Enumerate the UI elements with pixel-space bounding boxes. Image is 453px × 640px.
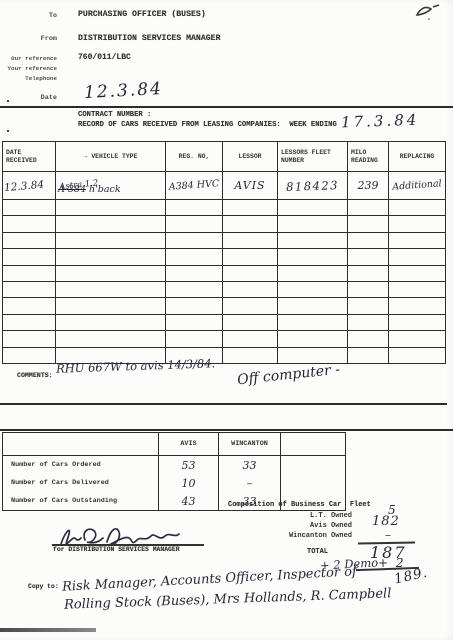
delivered-wincanton-hand: –: [247, 477, 253, 490]
pen-mark-icon: [415, 3, 447, 23]
our-reference-value: 760/011/LBC: [78, 53, 131, 62]
cell-vehicle-type: Astra 1.2 A 384 h'back: [56, 172, 166, 200]
margin-dot: [7, 100, 9, 102]
table-empty-row: [3, 200, 446, 216]
outstanding-avis-hand: 43: [182, 495, 196, 508]
replacing-hand: Additional: [389, 178, 446, 193]
cars-received-table: DATE RECEIVED → VEHICLE TYPE REG. NO, LE…: [2, 141, 446, 364]
label-ordered: Number of Cars Ordered: [3, 456, 159, 475]
table-empty-row: [3, 298, 446, 314]
col-lessor: LESSOR: [223, 142, 278, 172]
col-vehicle-type: → VEHICLE TYPE: [56, 142, 166, 172]
lessor-hand: AVIS: [223, 179, 277, 192]
header-divider: [0, 106, 453, 108]
date-handwritten: 12.3.84: [84, 79, 164, 103]
contract-number-line: CONTRACT NUMBER :: [78, 111, 151, 119]
margin-dot: [7, 130, 9, 132]
fleet-title: Composition of Business Car Fleet: [228, 501, 371, 509]
table-empty-row: [3, 314, 446, 330]
wincanton-owned-value-hand: –: [385, 528, 391, 542]
cell-reg-no: A384 HVC: [166, 172, 223, 200]
main-table-body-empty: [3, 200, 446, 364]
summary-blank-header: [3, 433, 159, 456]
cell-lessors-fleet-number: 818423: [278, 172, 348, 200]
to-value: PURCHASING OFFICER (BUSES): [78, 10, 206, 19]
col-replacing: REPLACING: [389, 142, 446, 172]
comments-annotation-handwritten: Off computer -: [236, 362, 340, 389]
cell-replacing: Additional: [389, 172, 446, 200]
date-received-hand: 12.3.84: [3, 177, 56, 193]
cell-date-received: 12.3.84: [3, 172, 56, 200]
ordered-wincanton-hand: 33: [243, 459, 257, 472]
delivered-avis-hand: 10: [182, 477, 196, 490]
table-data-row: 12.3.84 Astra 1.2 A 384 h'back A384 HVC …: [3, 172, 446, 200]
label-outstanding: Number of Cars Outstanding: [3, 492, 159, 511]
avis-owned-value-hand: 182: [372, 514, 400, 529]
table-header-row: DATE RECEIVED → VEHICLE TYPE REG. NO, LE…: [3, 142, 446, 172]
reg-no-hand: A384 HVC: [166, 178, 223, 193]
from-value: DISTRIBUTION SERVICES MANAGER: [78, 34, 221, 43]
comments-label: COMMENTS:: [17, 372, 53, 379]
to-label: To: [0, 12, 57, 20]
summary-blank-col: [281, 433, 346, 456]
your-reference-label: Your reference: [0, 65, 57, 72]
col-lessors-fleet-number: LESSORS FLEET NUMBER: [278, 142, 348, 172]
label-delivered: Number of Cars Delivered: [3, 474, 159, 492]
summary-col-avis: AVIS: [159, 433, 219, 456]
cars-summary-table: AVIS WINCANTON Number of Cars Ordered 53…: [2, 432, 346, 511]
table-empty-row: [3, 249, 446, 265]
summary-row-ordered: Number of Cars Ordered 53 33: [3, 456, 346, 475]
our-reference-label: Our reference: [0, 55, 57, 62]
record-line: RECORD OF CARS RECEIVED FROM LEASING COM…: [78, 121, 337, 129]
signature-for-line: for DISTRIBUTION SERVICES MANAGER: [53, 546, 180, 553]
comments-line-1: [0, 403, 447, 405]
col-date-received: DATE RECEIVED: [3, 142, 56, 172]
scan-artifact-bar: [0, 628, 96, 632]
telephone-label: Telephone: [0, 75, 57, 82]
arrow-icon: →: [84, 153, 88, 160]
cell-lessor: AVIS: [223, 172, 278, 200]
summary-col-wincanton: WINCANTON: [219, 433, 281, 456]
summary-header-row: AVIS WINCANTON: [3, 433, 346, 456]
week-ending-handwritten: 17.3.84: [341, 111, 420, 132]
ordered-avis-hand: 53: [182, 459, 196, 472]
comments-line-2: [0, 429, 453, 431]
milo-reading-hand: 239: [348, 179, 388, 192]
total-label: TOTAL: [307, 548, 328, 556]
table-empty-row: [3, 265, 446, 281]
cell-milo-reading: 239: [348, 172, 389, 200]
fleet-number-hand: 818423: [278, 177, 347, 193]
scanned-memo-page: To PURCHASING OFFICER (BUSES) From DISTR…: [0, 0, 453, 640]
table-empty-row: [3, 216, 446, 232]
table-empty-row: [3, 232, 446, 248]
avis-owned-label: Avis Owned: [232, 522, 352, 530]
from-label: From: [0, 35, 57, 43]
col-reg-no: REG. NO,: [166, 142, 223, 172]
copy-to-label: Copy to:: [28, 583, 59, 590]
table-empty-row: [3, 281, 446, 297]
summary-row-delivered: Number of Cars Delivered 10 –: [3, 474, 346, 492]
table-empty-row: [3, 331, 446, 347]
wincanton-owned-label: Wincanton Owned: [232, 532, 352, 540]
col-milo-reading: MILO READING: [348, 142, 389, 172]
lt-owned-label: L.T. Owned: [232, 512, 352, 520]
col-vehicle-type-label: VEHICLE TYPE: [91, 153, 137, 160]
